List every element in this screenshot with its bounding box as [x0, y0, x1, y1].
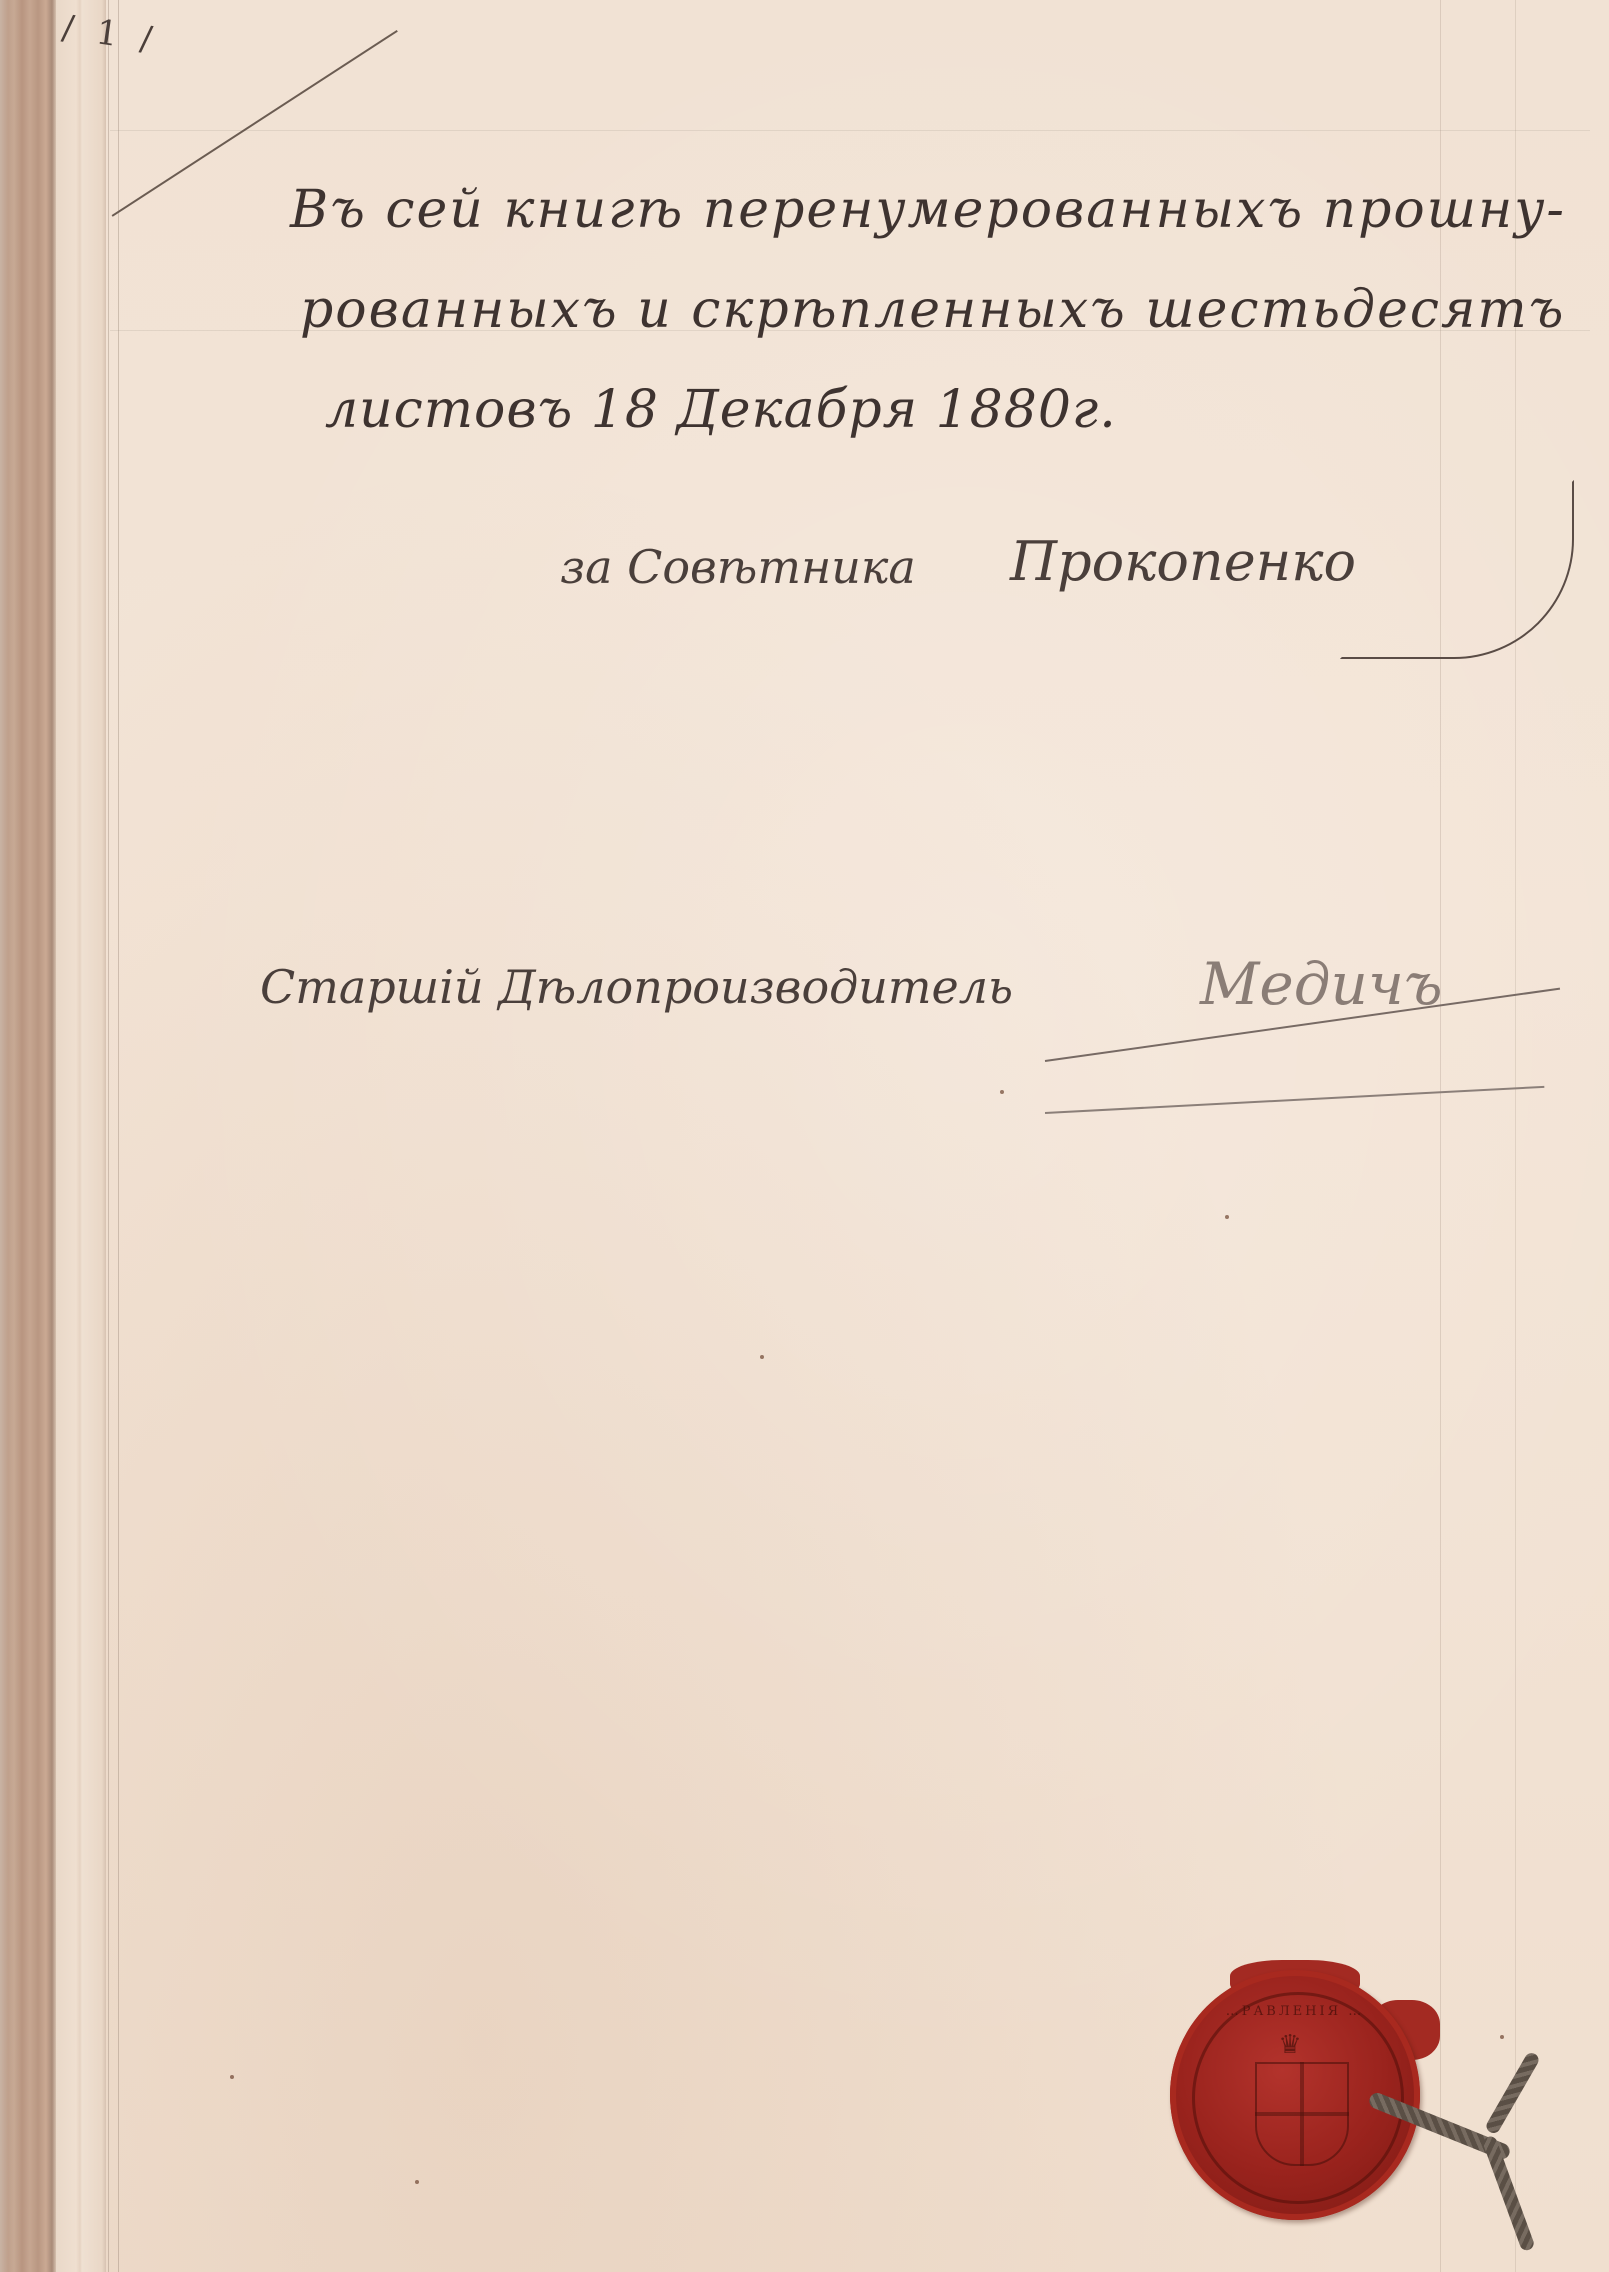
seal-cord-end — [1484, 2051, 1541, 2136]
coat-of-arms-shield-icon — [1255, 2062, 1349, 2166]
page-stack-edge — [56, 0, 106, 2272]
seal-legend: …РАВЛЕНІЯ … — [1170, 2004, 1420, 2019]
body-line-3: листовъ 18 Декабря 1880г. — [325, 380, 1117, 440]
paper-speck — [415, 2180, 419, 2184]
margin-line-right-inner — [1515, 0, 1516, 2272]
signature-1-flourish — [1340, 480, 1574, 659]
paper-speck — [1225, 1215, 1229, 1219]
paper-speck — [1000, 1090, 1004, 1094]
book-binding-edge — [0, 0, 56, 2272]
margin-line-left-outer — [108, 0, 109, 2272]
signature-2-name: Медичъ — [1200, 950, 1443, 1018]
margin-line-right-outer — [1440, 0, 1441, 2272]
signature-2-title: Старшій Дѣлопроизводитель — [260, 960, 1013, 1014]
signature-2-flourish-return — [1045, 1086, 1544, 1114]
body-line-1: Въ сей книгѣ перенумерованныхъ прошну- — [290, 180, 1566, 240]
wax-seal: …РАВЛЕНІЯ … ♛ — [1170, 1970, 1470, 2240]
faint-rule — [110, 130, 1590, 131]
paper-speck — [1500, 2035, 1504, 2039]
body-line-2: рованныхъ и скрѣпленныхъ шестьдесятъ — [300, 280, 1565, 340]
signature-1-title: за Совѣтника — [560, 540, 916, 594]
document-scan: / 1 / Въ сей книгѣ перенумерованныхъ про… — [0, 0, 1609, 2272]
crown-icon: ♛ — [1270, 2030, 1310, 2054]
margin-line-left-inner — [118, 0, 119, 2272]
paper-speck — [230, 2075, 234, 2079]
paper-speck — [760, 1355, 764, 1359]
signature-1-name: Прокопенко — [1010, 530, 1356, 593]
